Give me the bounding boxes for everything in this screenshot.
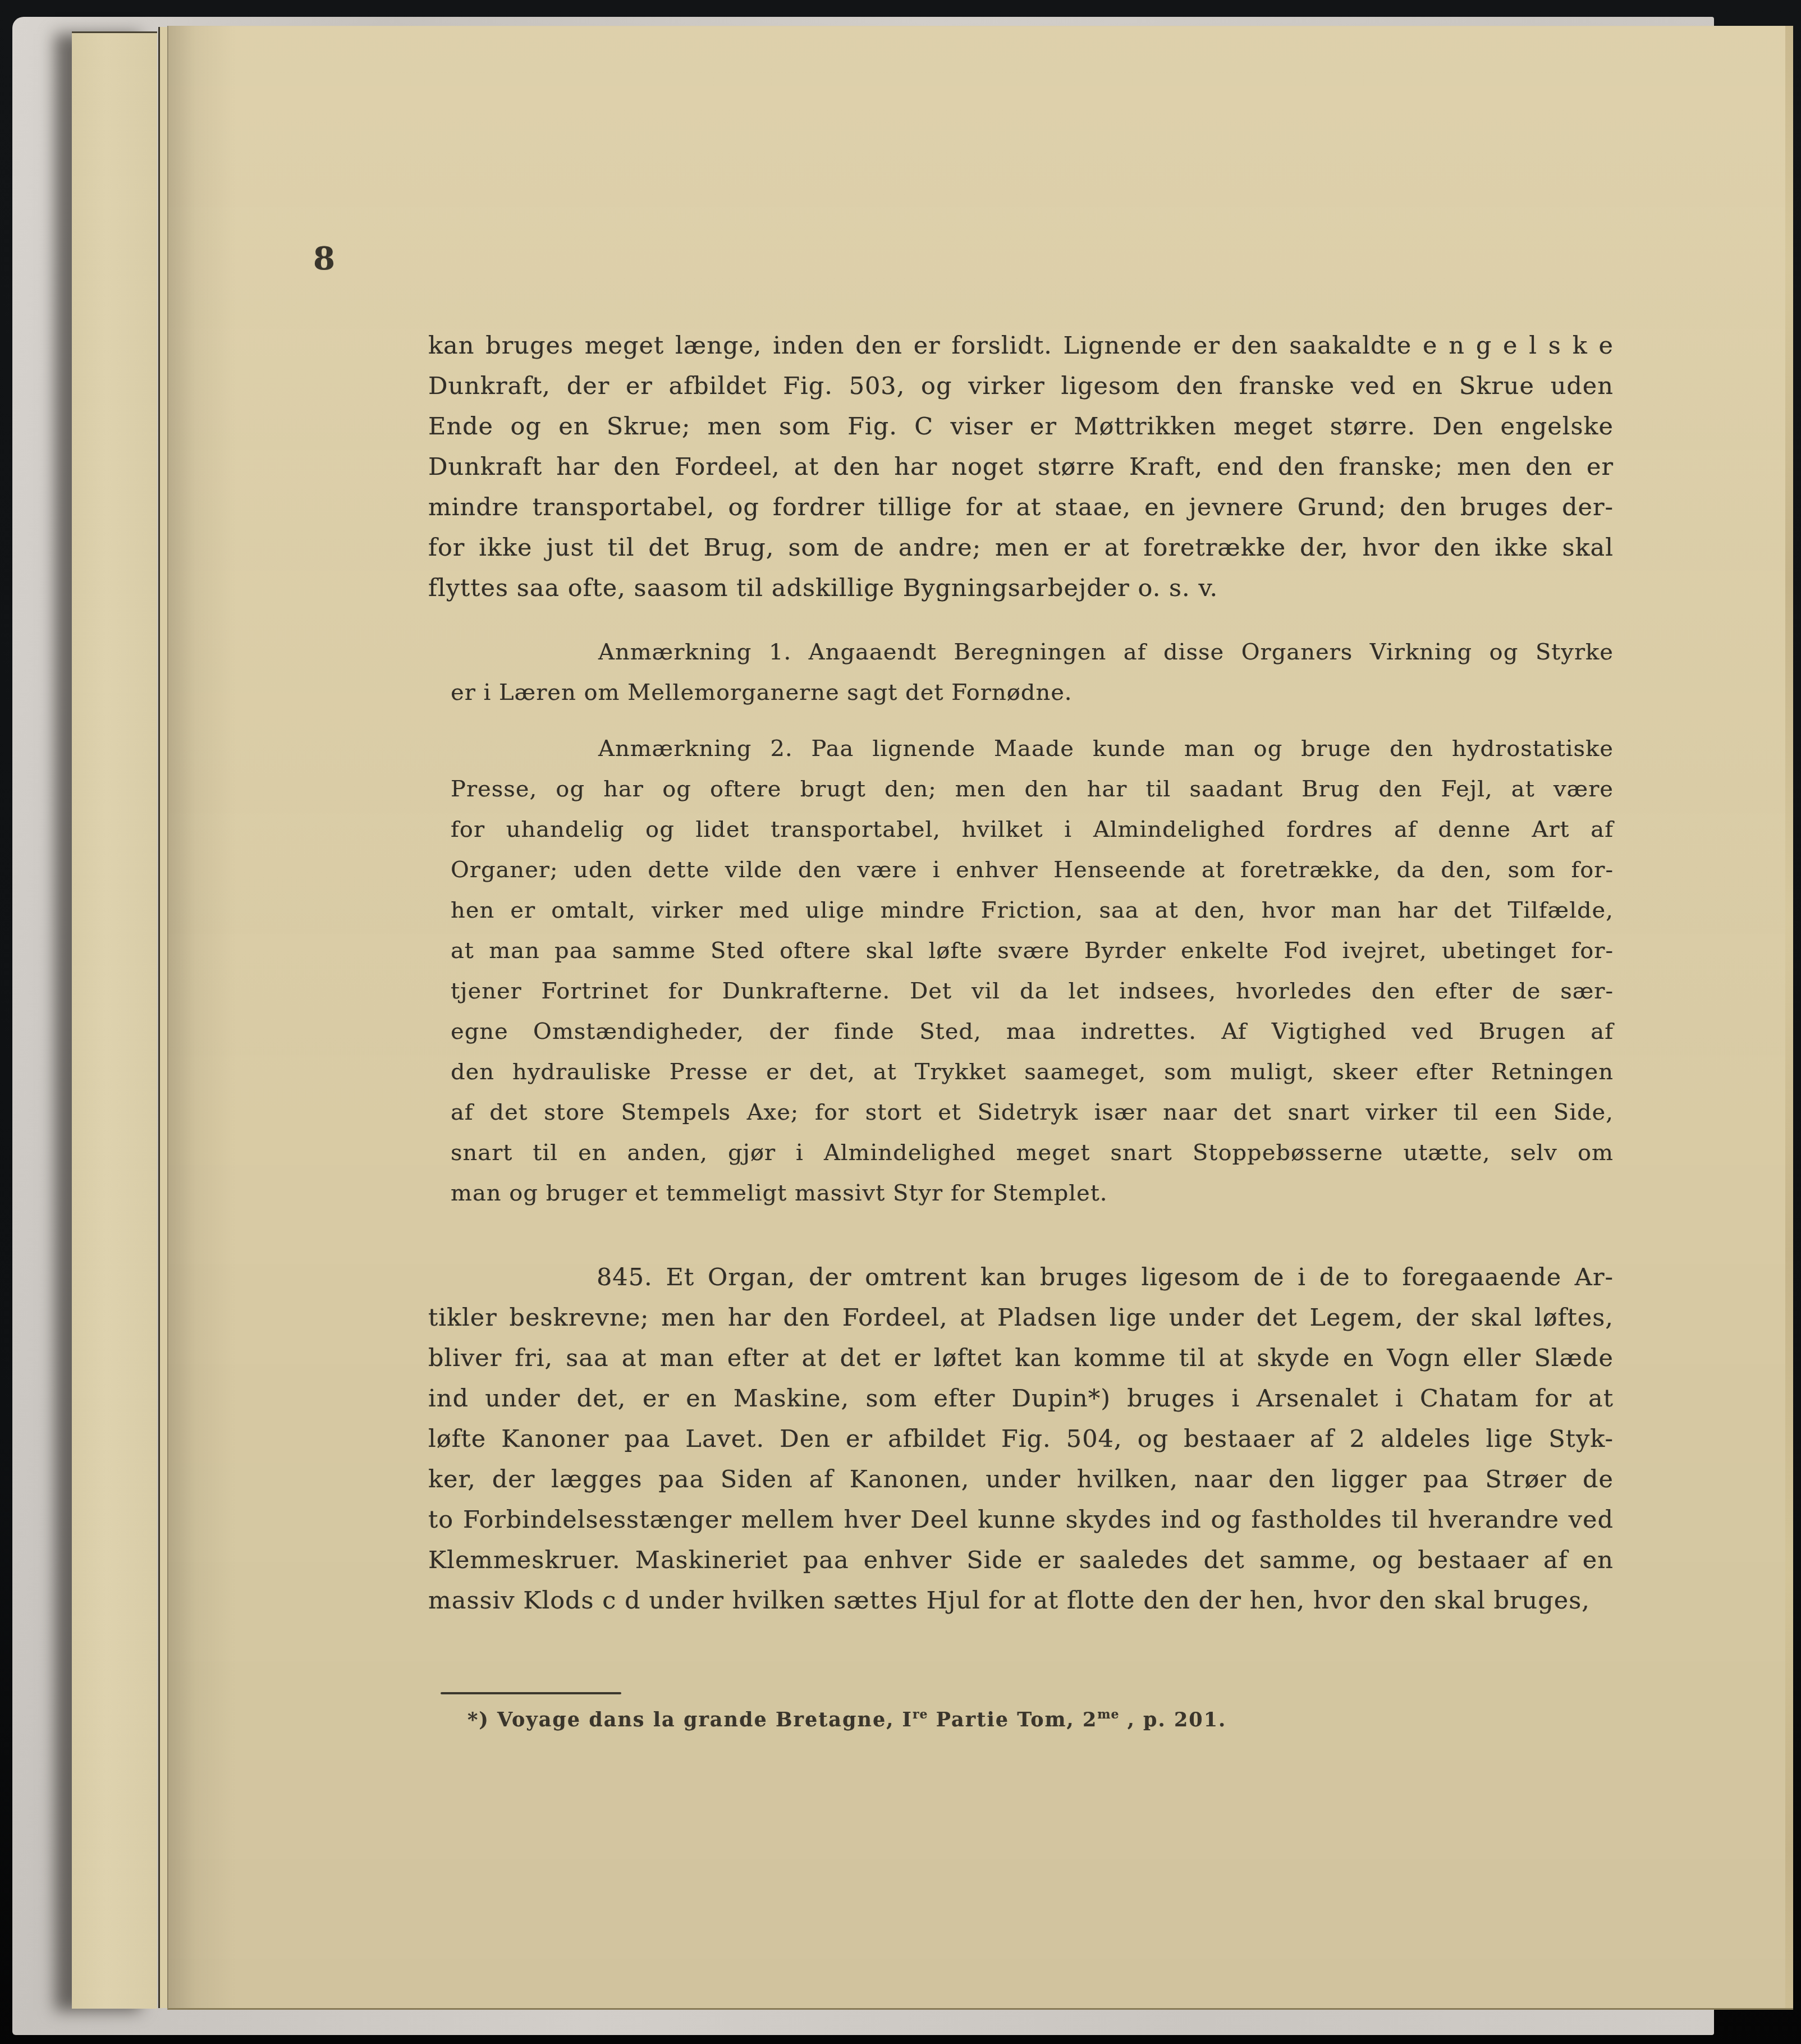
- text-line: ind under det, er en Maskine, som efter …: [428, 1378, 1614, 1419]
- text-line: Anmærkning 2. Paa lignende Maade kunde m…: [451, 728, 1614, 769]
- text-line: Ende og en Skrue; men som Fig. C viser e…: [428, 406, 1614, 447]
- text-line: for ikke just til det Brug, som de andre…: [428, 528, 1614, 568]
- text-line: Dunkraft har den Fordeel, at den har nog…: [428, 447, 1614, 487]
- text-line: tjener Fortrinet for Dunkrafterne. Det v…: [451, 971, 1614, 1011]
- text-line: Dunkraft, der er afbildet Fig. 503, og v…: [428, 366, 1614, 406]
- text-line: for uhandelig og lidet transportabel, hv…: [451, 809, 1614, 850]
- footnote-text: *) Voyage dans la grande Bretagne, I: [468, 1708, 913, 1731]
- footnote-superscript: me: [1097, 1707, 1119, 1722]
- text-line: Klemmeskruer. Maskineriet paa enhver Sid…: [428, 1540, 1614, 1580]
- text-line: ker, der lægges paa Siden af Kanonen, un…: [428, 1459, 1614, 1500]
- book-page: 8 kan bruges meget længe, inden den er f…: [167, 26, 1793, 2010]
- footnote: *) Voyage dans la grande Bretagne, Ire P…: [468, 1707, 1226, 1731]
- text-line: Anmærkning 1. Angaaendt Beregningen af d…: [451, 632, 1614, 672]
- text-line: kan bruges meget længe, inden den er for…: [428, 326, 1614, 366]
- text-line: tikler beskrevne; men har den Fordeel, a…: [428, 1298, 1614, 1338]
- text-line: Organer; uden dette vilde den være i enh…: [451, 850, 1614, 890]
- text-line: at man paa samme Sted oftere skal løfte …: [451, 931, 1614, 971]
- paragraph-continuation: kan bruges meget længe, inden den er for…: [428, 326, 1614, 608]
- text-line: snart til en anden, gjør i Almindelighed…: [451, 1133, 1614, 1173]
- text-line: man og bruger et temmeligt massivt Styr …: [451, 1173, 1614, 1213]
- text-line: mindre transportabel, og fordrer tillige…: [428, 487, 1614, 528]
- footnote-text: Partie Tom, 2: [928, 1708, 1098, 1731]
- page-edge-stack: [72, 31, 157, 2009]
- remark-2: Anmærkning 2. Paa lignende Maade kunde m…: [451, 728, 1614, 1213]
- text-line: er i Læren om Mellemorganerne sagt det F…: [451, 672, 1614, 713]
- text-line: 845. Et Organ, der omtrent kan bruges li…: [428, 1257, 1614, 1298]
- footnote-superscript: re: [913, 1707, 928, 1722]
- footnote-text: , p. 201.: [1120, 1708, 1227, 1731]
- text-line: flyttes saa ofte, saasom til adskillige …: [428, 568, 1614, 608]
- text-line: egne Omstændigheder, der finde Sted, maa…: [451, 1011, 1614, 1052]
- scanned-book-photo: { "colors": { "paper": "#dccea7", "ink":…: [0, 0, 1801, 2044]
- text-line: af det store Stempels Axe; for stort et …: [451, 1092, 1614, 1133]
- text-line: den hydrauliske Presse er det, at Trykke…: [451, 1052, 1614, 1092]
- text-line: to Forbindelsesstænger mellem hver Deel …: [428, 1500, 1614, 1540]
- text-line: bliver fri, saa at man efter at det er l…: [428, 1338, 1614, 1378]
- page-number: 8: [313, 240, 335, 277]
- text-line: løfte Kanoner paa Lavet. Den er afbildet…: [428, 1419, 1614, 1459]
- paragraph-845: 845. Et Organ, der omtrent kan bruges li…: [428, 1257, 1614, 1621]
- deckle-edge: [1785, 26, 1793, 2008]
- footnote-rule: [441, 1692, 621, 1694]
- remark-1: Anmærkning 1. Angaaendt Beregningen af d…: [451, 632, 1614, 713]
- text-line: hen er omtalt, virker med ulige mindre F…: [451, 890, 1614, 931]
- text-line: Presse, og har og oftere brugt den; men …: [451, 769, 1614, 809]
- text-line: massiv Klods c d under hvilken sættes Hj…: [428, 1580, 1614, 1621]
